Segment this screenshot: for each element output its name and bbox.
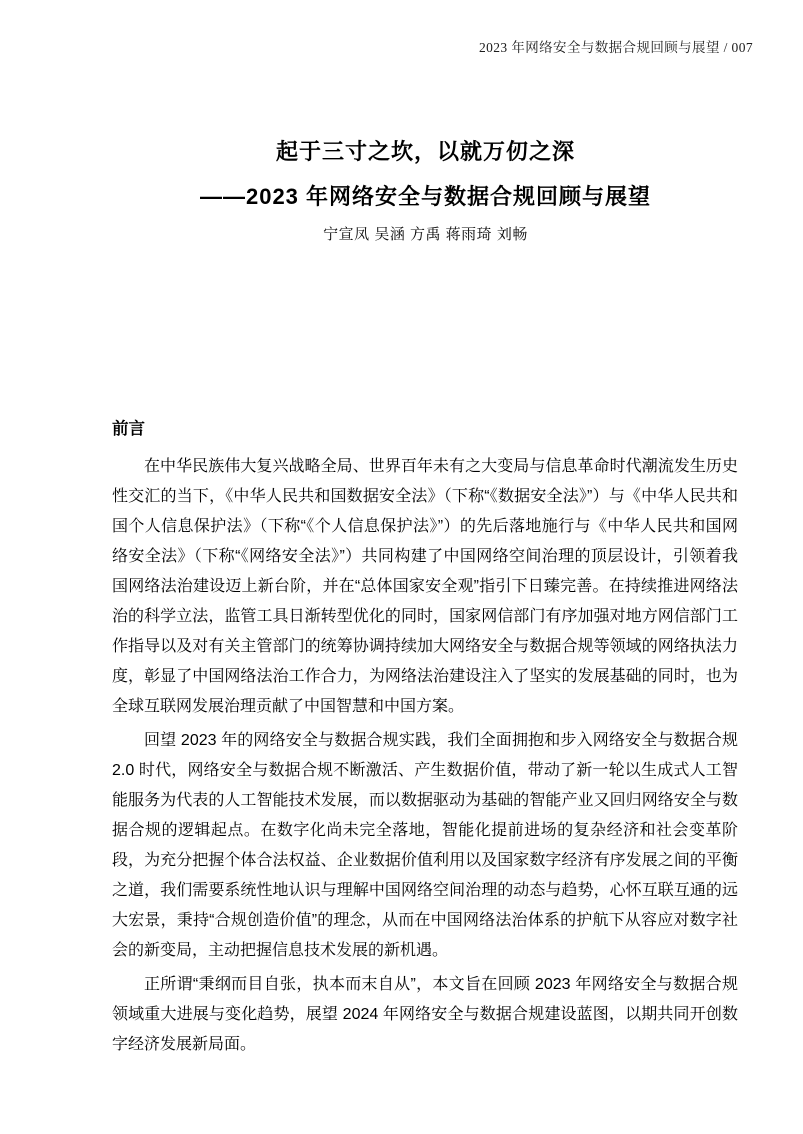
section-heading-foreword: 前言 (112, 414, 738, 444)
document-title-line1: 起于三寸之坎，以就万仞之深 (112, 129, 739, 174)
document-title-line2: ——2023 年网络安全与数据合规回顾与展望 (112, 174, 739, 219)
body-paragraph-3: 正所谓“秉纲而目自张，执本而末自从”，本文旨在回顾 2023 年网络安全与数据合… (112, 970, 738, 1060)
title-block: 起于三寸之坎，以就万仞之深 ——2023 年网络安全与数据合规回顾与展望 (112, 129, 739, 219)
body-paragraph-1: 在中华民族伟大复兴战略全局、世界百年未有之大变局与信息革命时代潮流发生历史性交汇… (112, 452, 738, 722)
authors-line: 宁宣凤 吴涵 方禹 蒋雨琦 刘畅 (112, 224, 739, 246)
document-body: 前言 在中华民族伟大复兴战略全局、世界百年未有之大变局与信息革命时代潮流发生历史… (112, 414, 738, 1064)
running-header: 2023 年网络安全与数据合规回顾与展望 / 007 (479, 36, 753, 56)
body-paragraph-2: 回望 2023 年的网络安全与数据合规实践，我们全面拥抱和步入网络安全与数据合规… (112, 726, 738, 966)
document-page: 2023 年网络安全与数据合规回顾与展望 / 007 起于三寸之坎，以就万仞之深… (0, 0, 803, 1134)
